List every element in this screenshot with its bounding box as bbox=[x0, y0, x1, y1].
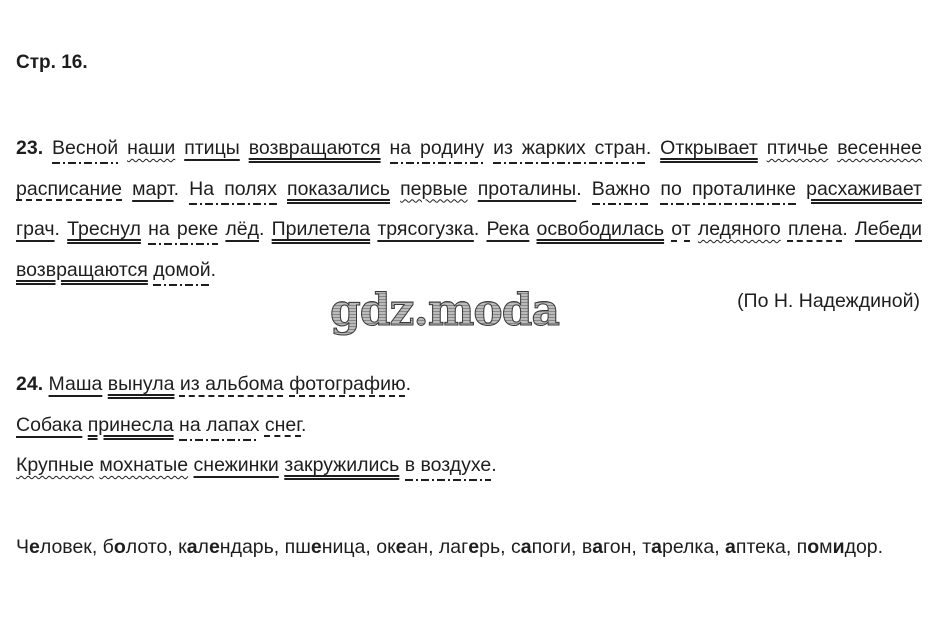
sentence-member-w: первые bbox=[400, 178, 467, 200]
sentence-member-s: Река bbox=[487, 218, 530, 240]
sentence-member-s: проталины bbox=[478, 178, 576, 200]
word-item: аптека, bbox=[725, 536, 797, 558]
word-item: тарелка, bbox=[642, 536, 725, 558]
sentence-member-w: весеннее bbox=[837, 137, 922, 159]
sentence-member-s: Лебеди bbox=[855, 218, 922, 240]
word-item: Человек, bbox=[16, 536, 103, 558]
sentence-member-dd: на родину bbox=[390, 137, 485, 159]
sentence-member-d: показались bbox=[287, 178, 390, 200]
word-item: лагерь, bbox=[439, 536, 511, 558]
sentence-member-w: наши bbox=[127, 137, 175, 159]
source-attribution: (По Н. Надеждиной) bbox=[737, 290, 920, 313]
word-item: болото, bbox=[103, 536, 179, 558]
word-item: пшеница, bbox=[285, 536, 377, 558]
sentence-member-s: трясогузка bbox=[377, 218, 474, 240]
sentence-member-d: расхаживает bbox=[806, 178, 922, 200]
sentence-member-dd: из жарких стран bbox=[493, 137, 646, 159]
sentence-member-s: снежинки bbox=[194, 454, 279, 476]
sentence-member-dd: На полях bbox=[189, 178, 277, 200]
exercise-24: 24. Маша вынула из альбома фотографию.Со… bbox=[16, 364, 497, 486]
word-item: помидор. bbox=[797, 536, 883, 558]
exercise-23-text: Весной наши птицы возвращаются на родину… bbox=[16, 137, 922, 281]
word-item: сапоги, bbox=[511, 536, 582, 558]
sentence-member-d: освободилась bbox=[537, 218, 665, 240]
sentence-member-da: снег bbox=[265, 414, 301, 436]
sentence-member-s: Маша bbox=[49, 373, 103, 395]
sentence-member-d: Открывает bbox=[660, 137, 758, 159]
sentence-member-dd: по проталинке bbox=[660, 178, 796, 200]
exercise-23: 23. Весной наши птицы возвращаются на ро… bbox=[16, 128, 922, 290]
exercise-number: 23. bbox=[16, 137, 43, 159]
sentence-line: Крупные мохнатые снежинки закружились в … bbox=[16, 445, 497, 486]
sentence-member-w: Крупные bbox=[16, 454, 94, 476]
sentence-member-w: мохнатые bbox=[99, 454, 188, 476]
sentence-member-s: март bbox=[132, 178, 173, 200]
sentence-line: 24. Маша вынула из альбома фотографию. bbox=[16, 364, 497, 405]
sentence-member-s: Собака bbox=[16, 414, 82, 436]
sentence-member-da: из альбома bbox=[180, 373, 284, 395]
sentence-member-dd: в воздухе bbox=[405, 454, 492, 476]
sentence-member-dd: на лапах bbox=[179, 414, 259, 436]
word-item: вагон, bbox=[582, 536, 642, 558]
sentence-member-dd: Весной bbox=[52, 137, 118, 159]
sentence-member-da: от bbox=[671, 218, 690, 240]
sentence-member-d: закружились bbox=[284, 454, 399, 476]
sentence-member-dd: Важно bbox=[592, 178, 651, 200]
sentence-member-d: принесла bbox=[88, 414, 174, 436]
sentence-member-dd: домой bbox=[153, 259, 210, 281]
word-item: океан, bbox=[376, 536, 439, 558]
sentence-member-w: ледяного bbox=[698, 218, 781, 240]
sentence-member-d: вынула bbox=[108, 373, 175, 395]
sentence-member-d: возвращаются bbox=[16, 259, 148, 281]
sentence-member-s: лёд bbox=[225, 218, 259, 240]
sentence-member-d: возвращаются bbox=[249, 137, 381, 159]
sentence-member-da: расписание bbox=[16, 178, 122, 200]
exercise-number: 24. bbox=[16, 373, 49, 395]
sentence-member-dd: на реке bbox=[148, 218, 218, 240]
sentence-member-da: плена bbox=[788, 218, 842, 240]
word-item: календарь, bbox=[178, 536, 284, 558]
sentence-member-d: Треснул bbox=[67, 218, 141, 240]
word-list-stressed-vowels: Человек, болото, календарь, пшеница, оке… bbox=[16, 527, 922, 568]
watermark-logo: gdz.moda bbox=[330, 285, 559, 336]
sentence-line: Собака принесла на лапах снег. bbox=[16, 405, 497, 446]
sentence-member-w: птичье bbox=[767, 137, 829, 159]
sentence-member-da: фотографию bbox=[289, 373, 405, 395]
page-reference: Стр. 16. bbox=[16, 52, 88, 74]
sentence-member-s: птицы bbox=[184, 137, 240, 159]
sentence-member-s: грач bbox=[16, 218, 55, 240]
sentence-member-d: Прилетела bbox=[272, 218, 370, 240]
